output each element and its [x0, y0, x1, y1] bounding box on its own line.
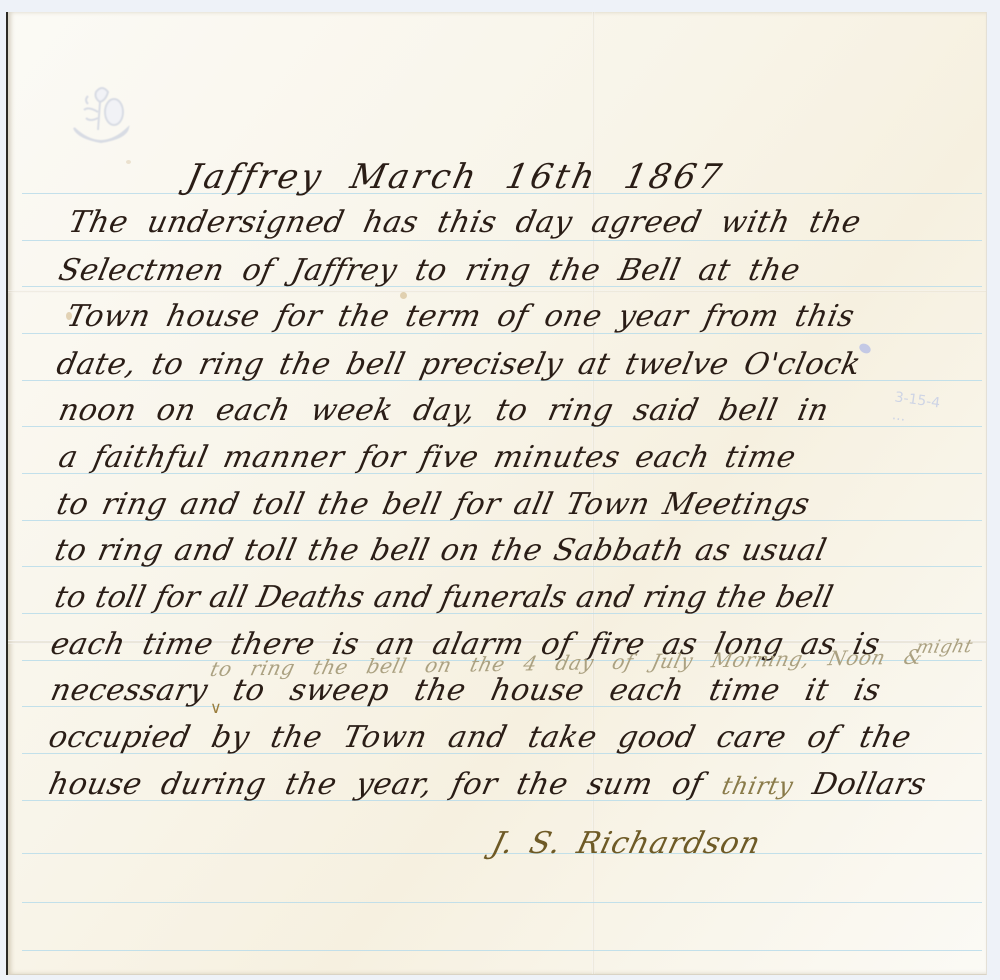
body-line-13-text: house during the year, for the sum of — [46, 767, 707, 802]
body-line-6: a faithful manner for five minutes each … — [56, 443, 798, 473]
foxing-stain — [126, 160, 131, 164]
body-line-5: noon on each week day, to ring said bell… — [56, 396, 831, 426]
body-line-7: to ring and toll the bell for all Town M… — [54, 490, 812, 520]
body-line-2: Selectmen of Jaffrey to ring the Bell at… — [56, 256, 803, 286]
ruled-line — [22, 240, 982, 241]
body-line-11: necessary to sweep the house each time i… — [48, 676, 883, 706]
insert-superscript: might — [914, 636, 975, 658]
body-line-3: Town house for the term of one year from… — [64, 302, 857, 332]
paper-fold-upper — [8, 290, 986, 293]
margin-pencil-notes: 3-15-4 ... — [881, 388, 956, 505]
signature: J. S. Richardson — [488, 826, 765, 861]
body-line-9: to toll for all Deaths and funerals and … — [52, 583, 835, 613]
stationer-emboss-icon — [66, 82, 136, 150]
heading-date: March 16th 1867 — [347, 157, 728, 197]
body-line-13: house during the year, for the sum of th… — [46, 770, 929, 800]
foxing-stain — [400, 292, 407, 299]
body-line-1: The undersigned has this day agreed with… — [66, 208, 864, 238]
ruled-line — [22, 950, 982, 951]
body-line-4: date, to ring the bell precisely at twel… — [54, 350, 863, 380]
document-sheet: 3-15-4 ... Jaffrey March 16th 1867 The u… — [8, 12, 987, 975]
amount-inserted: thirty — [719, 772, 795, 800]
body-line-8: to ring and toll the bell on the Sabbath… — [52, 536, 829, 566]
heading-place: Jaffrey — [183, 157, 327, 197]
body-line-12: occupied by the Town and take good care … — [46, 723, 914, 753]
document-heading: Jaffrey March 16th 1867 — [184, 160, 727, 194]
amount-suffix: Dollars — [809, 767, 929, 802]
ruled-line — [22, 902, 982, 903]
